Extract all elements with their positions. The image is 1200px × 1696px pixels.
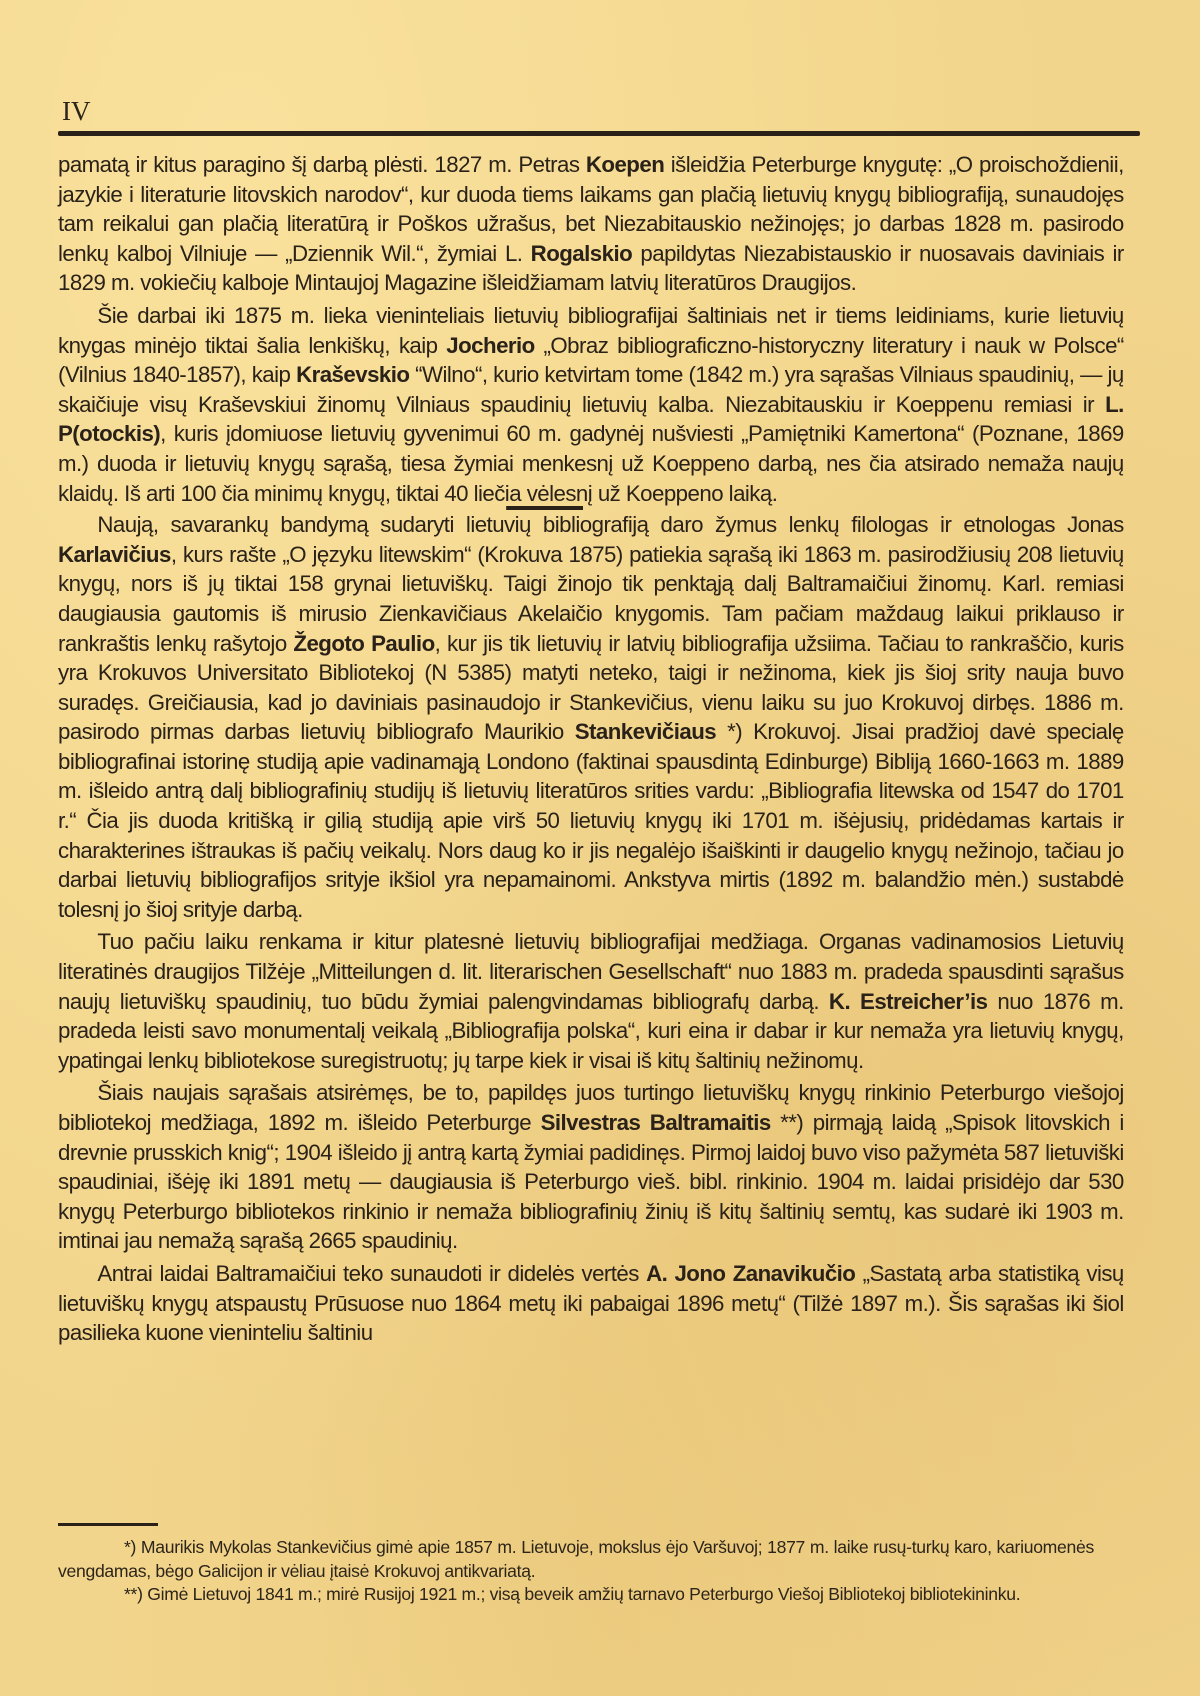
bold-name: Karlavičius xyxy=(58,542,171,567)
paragraph: pamatą ir kitus paragino šį darbą plėsti… xyxy=(58,150,1124,298)
bold-name: Žegoto Paulio xyxy=(293,631,434,656)
bold-name: Stankevičiaus xyxy=(575,719,716,744)
text-run: *) Krokuvoj. Jisai pradžioj davė special… xyxy=(58,719,1124,922)
text-run: , kuris įdomiuose lietuvių gyvenimui 60 … xyxy=(58,421,1124,505)
bold-name: Kraševskio xyxy=(296,362,409,387)
footnote-rule xyxy=(58,1523,158,1526)
bold-name: K. Estreicher’is xyxy=(829,989,988,1014)
paragraph: Antrai laidai Baltramaičiui teko sunaudo… xyxy=(58,1259,1124,1348)
bold-name: Jocherio xyxy=(446,333,534,358)
header-rule xyxy=(58,131,1140,136)
body-text: pamatą ir kitus paragino šį darbą plėsti… xyxy=(58,150,1124,1348)
text-run: Naują, savarankų bandymą sudaryti lietuv… xyxy=(97,512,1123,537)
text-run: Antrai laidai Baltramaičiui teko sunaudo… xyxy=(97,1261,646,1286)
paragraph: Naują, savarankų bandymą sudaryti lietuv… xyxy=(58,510,1124,924)
paragraph: Šiais naujais sąrašais atsirėmęs, be to,… xyxy=(58,1078,1124,1256)
bold-name: A. Jono Zanavikučio xyxy=(646,1261,855,1286)
page: IV pamatą ir kitus paragino šį darbą plė… xyxy=(58,96,1140,1348)
footnote-1: *) Maurikis Mykolas Stankevičius gimė ap… xyxy=(58,1536,1094,1583)
text-run: pamatą ir kitus paragino šį darbą plėsti… xyxy=(58,152,586,177)
page-number: IV xyxy=(62,96,1140,126)
footnotes: *) Maurikis Mykolas Stankevičius gimė ap… xyxy=(58,1536,1094,1607)
bold-name: Koepen xyxy=(586,152,664,177)
bold-name: Rogalskio xyxy=(531,241,632,266)
paragraph: Tuo pačiu laiku renkama ir kitur platesn… xyxy=(58,927,1124,1075)
footnote-2: **) Gimė Lietuvoj 1841 m.; mirė Rusijoj … xyxy=(58,1583,1094,1607)
paragraph: Šie darbai iki 1875 m. lieka vienintelia… xyxy=(58,301,1124,508)
bold-name: Silvestras Baltramaitis xyxy=(541,1110,771,1135)
